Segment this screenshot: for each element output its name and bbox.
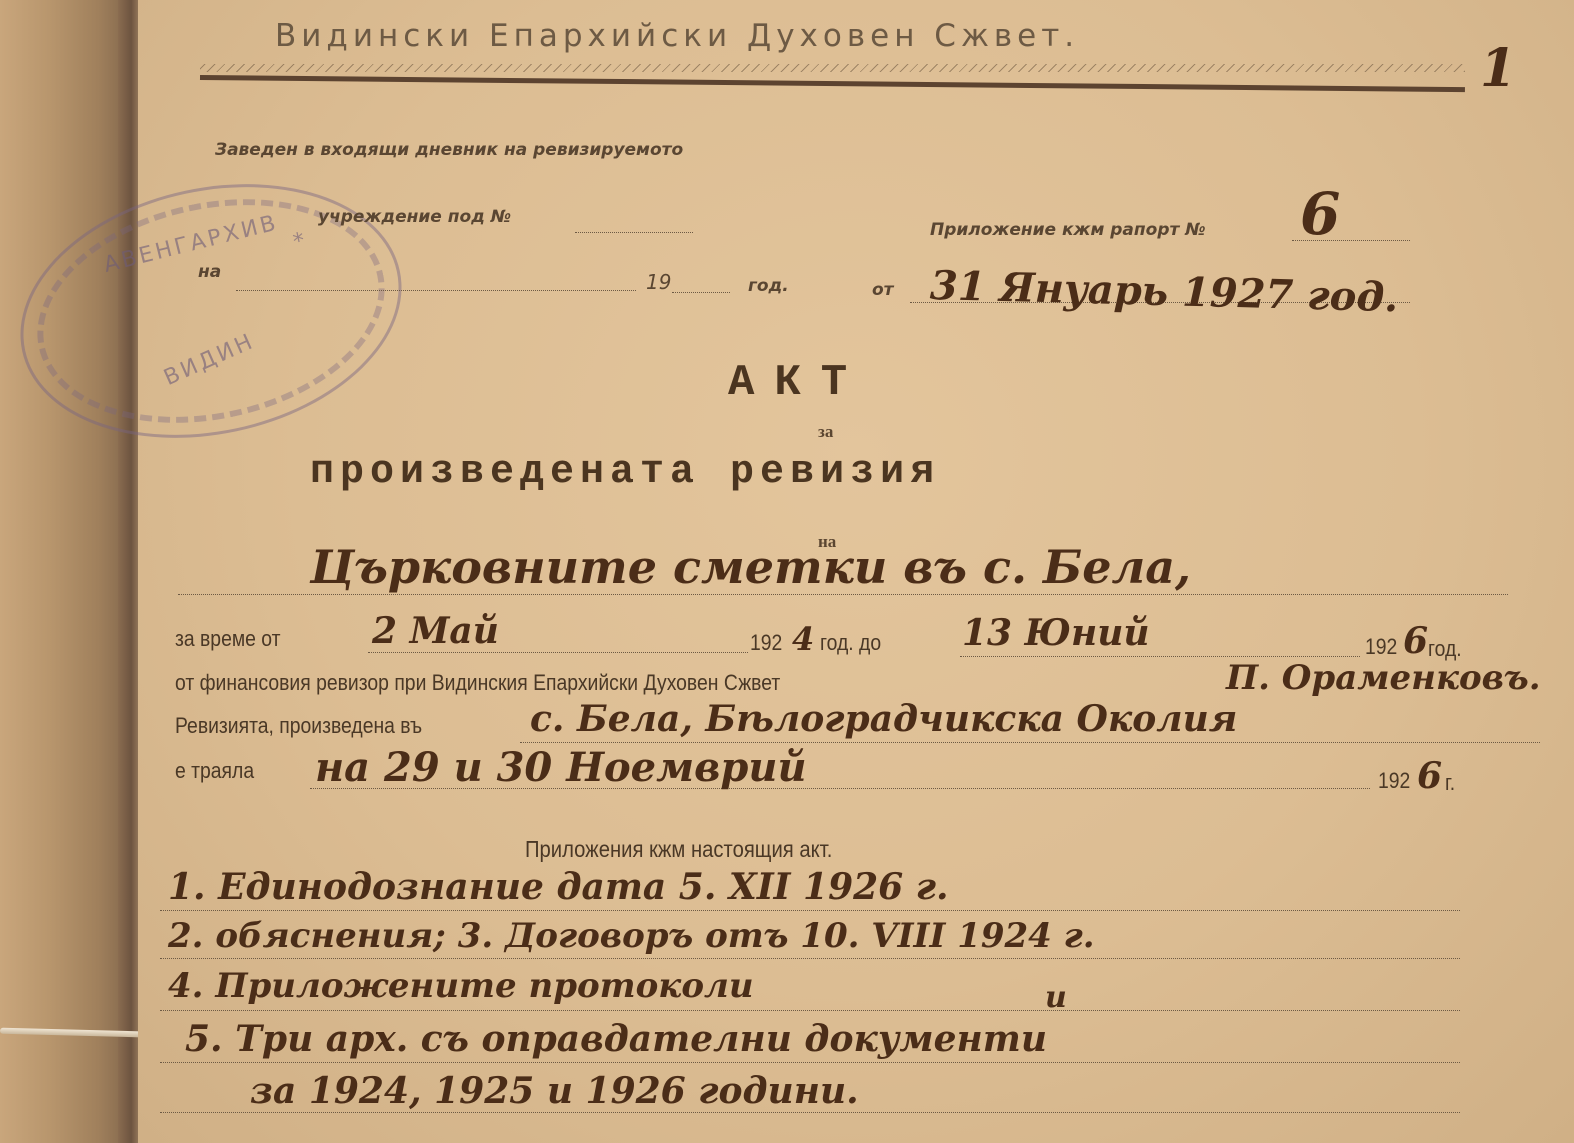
- period-label: за време от: [175, 626, 281, 652]
- period-to-year-prefix: 192: [1365, 634, 1397, 660]
- registry-date-field: [236, 290, 636, 291]
- registry-date-prefix: на: [198, 262, 221, 282]
- attachment-item-4-suffix: и: [1045, 980, 1067, 1015]
- place-label: Ревизията, произведена въ: [175, 713, 422, 739]
- attachment-line-4: [160, 1062, 1460, 1063]
- report-label: Приложение кжм рапорт №: [930, 220, 1206, 240]
- document-subtitle: произведената ревизия: [310, 450, 940, 495]
- duration-year-digit: 6: [1417, 755, 1442, 797]
- period-from-year-prefix: 192: [750, 630, 782, 656]
- registry-line-1: Заведен в входящи дневник на ревизируемо…: [215, 140, 683, 160]
- registry-year-prefix: 19: [646, 270, 671, 294]
- registry-year-field: [672, 292, 730, 293]
- period-from-date: 2 Май: [372, 610, 499, 652]
- report-date-label: от: [872, 280, 894, 300]
- period-from-year-digit: 4: [792, 620, 814, 658]
- duration-label: е траяла: [175, 758, 254, 784]
- period-from-field: [368, 652, 748, 653]
- binding-edge: [118, 0, 140, 1143]
- page-number: 1: [1480, 38, 1516, 99]
- document-title: АКТ: [728, 358, 867, 408]
- period-to-year-digit: 6: [1403, 620, 1428, 662]
- attachment-line-5: [160, 1112, 1460, 1113]
- period-to-date: 13 Юний: [962, 612, 1150, 654]
- attachment-item-1: 1. Единодознание дата 5. XII 1926 г.: [168, 866, 949, 908]
- duration-suffix: г.: [1445, 770, 1455, 796]
- attachment-item-5: 5. Три арх. съ оправдателни документи: [185, 1018, 1047, 1060]
- letterhead-wave-rule: [200, 64, 1465, 72]
- place-value: с. Бела, Бѣлоградчикска Околия: [530, 698, 1237, 740]
- subject-line: [178, 594, 1508, 595]
- title-connector-za: за: [818, 422, 833, 442]
- place-field: [520, 742, 1540, 743]
- revision-subject: Църковните сметки въ с. Бела,: [310, 540, 1191, 594]
- attachment-line-1: [160, 910, 1460, 911]
- attachments-heading: Приложения кжм настоящия акт.: [525, 836, 832, 863]
- attachment-item-2: 2. обяснения; 3. Договоръ отъ 10. VIII 1…: [168, 916, 1095, 956]
- auditor-label: от финансовия ревизор при Видинския Епар…: [175, 670, 780, 696]
- attachment-item-4: 4. Приложените протоколи: [168, 966, 754, 1006]
- attachment-line-2: [160, 958, 1460, 959]
- attachment-line-3: [160, 1010, 1460, 1011]
- period-to-field: [960, 656, 1360, 657]
- registry-institution-label: учреждение под №: [318, 207, 511, 227]
- period-mid-label: год. до: [820, 630, 881, 656]
- duration-value: на 29 и 30 Ноемврий: [315, 744, 807, 791]
- registry-year-suffix: год.: [748, 276, 789, 296]
- registry-number-field: [575, 232, 693, 233]
- auditor-name: П. Ораменковъ.: [1226, 658, 1541, 698]
- attachment-item-5-cont: за 1924, 1925 и 1926 години.: [250, 1070, 859, 1112]
- letterhead-title: Видински Епархийски Духовен Сжвет.: [275, 18, 1079, 54]
- report-number: 6: [1300, 180, 1340, 248]
- duration-year-prefix: 192: [1378, 768, 1410, 794]
